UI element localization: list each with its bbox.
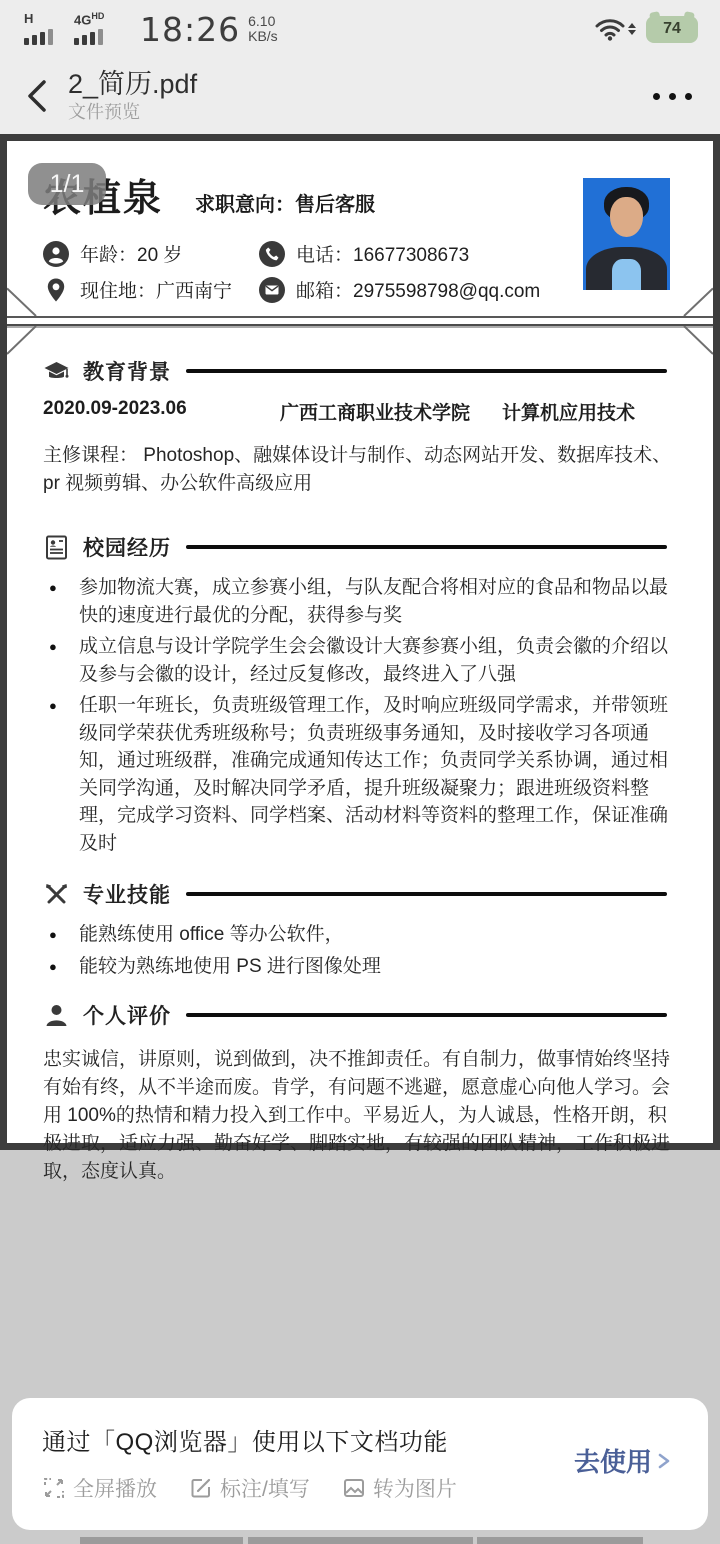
sim1-signal-bars-icon [24,29,53,45]
fullscreen-icon [42,1476,66,1500]
evaluation-title: 个人评价 [83,1000,171,1030]
campus-bullet-text: 任职一年班长，负责班级管理工作，及时响应班级同学需求，并带领班级同学荣获优秀班级… [79,692,679,857]
fullscreen-play-button[interactable]: 全屏播放 [42,1473,157,1503]
back-chevron-icon [24,76,50,116]
file-preview-label: 文件预览 [68,101,197,123]
skills-title: 专业技能 [83,879,171,909]
list-item: ● 任职一年班长，负责班级管理工作，及时响应班级同学需求，并带领班级同学荣获优秀… [43,692,679,857]
contact-age: 年龄：20 岁 [43,240,259,267]
image-icon [342,1476,366,1500]
section-rule [186,1013,667,1017]
crossed-tools-icon [43,881,70,908]
section-header-evaluation: 个人评价 [43,1000,679,1030]
section-rule [186,892,667,896]
bottom-bar-segment [477,1537,643,1544]
campus-bullet-text: 参加物流大赛，成立参赛小组，与队友配合将相对应的食品和物品以最快的速度进行最优的… [79,574,679,629]
contact-email: 邮箱：2975598798@qq.com [259,276,563,303]
age-value: 年龄：20 岁 [80,240,182,267]
annotate-fill-button[interactable]: 标注/填写 [189,1473,310,1503]
bullet-icon: ● [43,692,79,857]
bullet-icon: ● [43,633,79,688]
list-item: ● 能熟练使用 office 等办公软件， [43,921,679,949]
convert-to-image-label: 转为图片 [373,1473,457,1503]
list-item: ● 能较为熟练地使用 PS 进行图像处理 [43,953,679,981]
bullet-icon: ● [43,574,79,629]
bottom-sheet-button-edges [0,1537,720,1544]
education-school: 广西工商职业技术学院 [248,398,502,425]
skill-bullet-text: 能熟练使用 office 等办公软件， [79,921,344,949]
bullet-icon: ● [43,953,79,981]
network-speed-value: 6.10 [248,14,278,29]
section-rule [186,369,667,373]
section-header-campus: 校园经历 [43,532,679,562]
address-value: 现住地：广西南宁 [80,276,232,303]
wifi-traffic-arrows-icon [628,23,636,35]
list-item: ● 参加物流大赛，成立参赛小组，与队友配合将相对应的食品和物品以最快的速度进行最… [43,574,679,629]
status-bar: H 4GHD 18:26 6.10 KB/s 74 [0,0,720,58]
bullet-icon: ● [43,921,79,949]
sim2-signal-icon: 4GHD [72,11,124,47]
sim1-signal-icon: H [22,11,66,47]
sim1-network-type: H [24,11,33,26]
evaluation-text: 忠实诚信，讲原则，说到做到，决不推卸责任。有自制力，做事情始终坚持有始有终，从不… [43,1046,679,1186]
section-header-education: 教育背景 [43,356,679,386]
chevron-right-icon [656,1448,672,1474]
job-intention: 求职意向：售后客服 [195,188,375,217]
annotate-fill-label: 标注/填写 [220,1473,310,1503]
phone-value: 电话：16677308673 [296,240,469,267]
resume-body-section: 教育背景 2020.09-2023.06 广西工商职业技术学院 计算机应用技术 … [7,324,713,1186]
graduation-cap-icon [43,358,70,385]
bottom-bar-segment [80,1537,243,1544]
sim2-signal-bars-icon [74,29,103,45]
annotate-pen-icon [189,1476,213,1500]
section-header-skills: 专业技能 [43,879,679,909]
bottom-bar-segment [248,1537,473,1544]
education-courses: 主修课程： Photoshop、融媒体设计与制作、动态网站开发、数据库技术、pr… [43,442,679,498]
education-title: 教育背景 [83,356,171,386]
id-photo [583,178,670,290]
resume-header-section: 农植泉 求职意向：售后客服 年龄：20 岁 [7,141,713,318]
campus-title: 校园经历 [83,532,171,562]
network-speed: 6.10 KB/s [248,14,278,44]
campus-bullet-list: ● 参加物流大赛，成立参赛小组，与队友配合将相对应的食品和物品以最快的速度进行最… [43,574,679,857]
screen: H 4GHD 18:26 6.10 KB/s 74 [0,0,720,1544]
file-title: 2_简历.pdf [68,69,197,99]
resume-document-icon [43,534,70,561]
clock: 18:26 [140,10,240,49]
education-period: 2020.09-2023.06 [43,398,248,425]
convert-to-image-button[interactable]: 转为图片 [342,1473,457,1503]
location-pin-icon [43,277,69,303]
go-use-label: 去使用 [574,1442,652,1479]
go-use-button[interactable]: 去使用 [574,1442,672,1479]
page-indicator-badge: 1/1 [28,163,106,205]
campus-bullet-text: 成立信息与设计学院学生会会徽设计大赛参赛小组，负责会徽的介绍以及参与会徽的设计，… [79,633,679,688]
skills-bullet-list: ● 能熟练使用 office 等办公软件， ● 能较为熟练地使用 PS 进行图像… [43,921,679,980]
wifi-icon [595,17,636,41]
contact-address: 现住地：广西南宁 [43,276,259,303]
email-circle-icon [259,277,285,303]
sim2-network-type: 4GHD [74,11,104,27]
email-value: 邮箱：2975598798@qq.com [296,276,540,303]
network-speed-unit: KB/s [248,29,278,44]
person-icon [43,1002,70,1029]
list-item: ● 成立信息与设计学院学生会会徽设计大赛参赛小组，负责会徽的介绍以及参与会徽的设… [43,633,679,688]
section-rule [186,545,667,549]
contact-info: 年龄：20 岁 电话：16677308673 [43,240,563,303]
fullscreen-play-label: 全屏播放 [73,1473,157,1503]
contact-phone: 电话：16677308673 [259,240,563,267]
more-options-button[interactable] [649,81,696,112]
battery-icon: 74 [646,16,698,43]
pdf-page[interactable]: 农植泉 求职意向：售后客服 年龄：20 岁 [0,134,720,1150]
back-button[interactable] [24,73,64,119]
qq-browser-feature-card: 通过「QQ浏览器」使用以下文档功能 全屏播放 标注/填写 [12,1398,708,1530]
education-row: 2020.09-2023.06 广西工商职业技术学院 计算机应用技术 [43,398,679,425]
person-circle-icon [43,241,69,267]
phone-circle-icon [259,241,285,267]
app-bar: 2_简历.pdf 文件预览 [0,58,720,134]
education-major: 计算机应用技术 [502,398,667,425]
skill-bullet-text: 能较为熟练地使用 PS 进行图像处理 [79,953,381,981]
battery-percent: 74 [663,20,681,38]
